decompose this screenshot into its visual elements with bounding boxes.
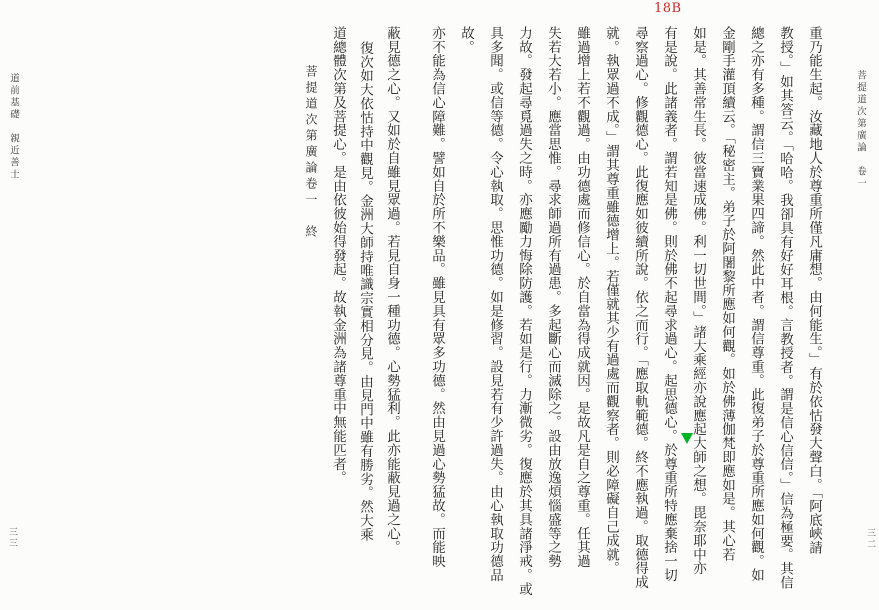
- text-column: 就。執眾過不成。」謂其尊重雖德增上。若僅就其少有過處而觀察者。則必障礙自己成就。: [596, 26, 625, 606]
- text-column: 總之亦有多種。謂信三寶業果四諦。然此中者。謂信尊重。此復弟子於尊重所應如何觀。如: [741, 26, 770, 606]
- text-column: 力故。發起尋覓過失之時。亦應勵力悔除防護。若如是行。力漸微劣。復應於其具諸淨戒。…: [509, 26, 538, 606]
- text-column: 雖過增上若不觀過。由功德處而修信心。於自當為得成就因。是故凡是自之尊重。任其過: [567, 26, 596, 606]
- text-column: 有是說。此諸義者。謂若知是佛。則於佛不起尋求過心。起思德心。於尊重所特應棄捨一切: [654, 26, 683, 606]
- page-number-left: 三三: [6, 527, 19, 549]
- text-column: 如是。其善常生長。彼當速成佛。利一切世間。」諸大乘經亦說應起大師之想。毘奈耶中亦: [683, 26, 712, 606]
- text-column: 亦不能為信心障難。譬如自於所不樂品。雖見具有眾多功德。然由見過心勢猛故。而能映: [422, 26, 451, 606]
- volume-end-line: 菩提道次第廣論卷一 終: [297, 26, 324, 606]
- text-column: 道總體次第及菩提心。是由依彼始得發起。故執金洲為諸尊重中無能匹者。: [324, 26, 351, 606]
- margin-title-right: 菩提道次第廣論 卷一: [853, 70, 867, 190]
- text-column: 蔽見德之心。又如於自雖見眾過。若見自身一種功德。心勢猛利。此亦能蔽見過之心。: [378, 26, 405, 606]
- text-column: 失若大若小。應當思惟。尋求師過所有過患。多起斷心而滅除之。設由放逸煩惱盛等之勢: [538, 26, 567, 606]
- folio-label: 18B: [654, 1, 682, 16]
- left-page-text-block: 蔽見德之心。又如於自雖見眾過。若見自身一種功德。心勢猛利。此亦能蔽見過之心。 復…: [293, 26, 405, 606]
- text-column: 具多聞。或信等德。令心執取。思惟功德。如是修習。設見若有少許過失。由心執取功德品…: [451, 26, 509, 606]
- text-column: 重乃能生起。汝藏地人於尊重所僅凡庸想。由何能生。」有於依怙發大聲白。「阿底峽請: [799, 26, 828, 606]
- text-column: 金剛手灌頂續云。「秘密主。弟子於阿闍黎所應如何觀。如於佛薄伽梵即應如是。其心若: [712, 26, 741, 606]
- page-number-right: 三二: [864, 528, 877, 550]
- text-column: 復次如大依怙持中觀見。金洲大師持唯識宗實相分見。由見門中雖有勝劣。然大乘: [351, 26, 378, 606]
- text-column: 尋察過心。修觀德心。此復應如彼續所說。依之而行。「應取軌範德。終不應執過。取德得…: [625, 26, 654, 606]
- text-column: 教授。」如其答云。「哈哈。我卻具有好好耳根。言教授者。謂是信心信信。」信為極要。…: [770, 26, 799, 606]
- right-page-text-block: 重乃能生起。汝藏地人於尊重所僅凡庸想。由何能生。」有於依怙發大聲白。「阿底峽請 …: [450, 26, 828, 606]
- margin-title-left: 道前基礎 親近善士: [6, 73, 20, 181]
- book-scan-spread: { "folio_label": "18B", "right_page": { …: [0, 0, 879, 610]
